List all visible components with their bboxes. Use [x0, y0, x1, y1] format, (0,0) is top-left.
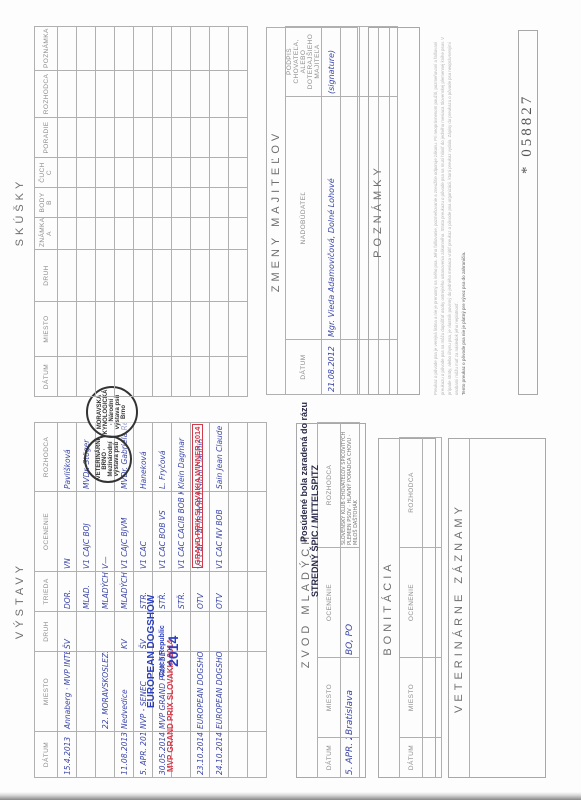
- table-cell: [96, 612, 115, 652]
- table-cell: [134, 218, 153, 250]
- table-cell: [191, 71, 210, 118]
- table-cell: [229, 158, 248, 188]
- table-cell: 23.10.2014: [191, 732, 210, 778]
- table-cell: [423, 548, 442, 658]
- table-cell: [115, 302, 134, 357]
- round-stamp-brno: VETERINÁRNÍ BRNO · Mezinárodní výstava p…: [84, 435, 132, 483]
- table-cell: V1 CAC: [134, 492, 153, 572]
- table-cell: [248, 423, 267, 492]
- column-header: BODY B: [35, 188, 58, 218]
- column-header: DÁTUM: [286, 340, 322, 395]
- table-cell: [96, 250, 115, 302]
- column-header: PORADIE: [35, 118, 58, 158]
- table-cell: [96, 27, 115, 71]
- table-cell: [191, 302, 210, 357]
- table-cell: OTV: [191, 572, 210, 612]
- table-cell: [423, 738, 442, 778]
- table-cell: [248, 732, 267, 778]
- table-cell: [229, 302, 248, 357]
- table-cell: [210, 71, 229, 118]
- table-row: [115, 27, 134, 397]
- table-cell: [77, 71, 96, 118]
- table-cell: (signature): [322, 27, 341, 97]
- poznamky-section: POZNÁMKY: [368, 27, 420, 395]
- table-cell: [172, 118, 191, 158]
- table-cell: V1 CAC CACIB BOB KLEIN: [172, 492, 191, 572]
- table-cell: [210, 118, 229, 158]
- skusky-section: SKÚŠKY DÁTUMMIESTODRUHZNÁMKA ABODY BČUCH…: [16, 27, 266, 397]
- table-cell: Bratislava: [341, 658, 360, 738]
- table-cell: [210, 188, 229, 218]
- column-header: DRUH: [35, 612, 58, 652]
- column-header: DÁTUM: [35, 357, 58, 397]
- european-dogshow-stamp: EUROPEAN DOGSHOW Czech Republic 2014: [146, 595, 179, 708]
- table-cell: [58, 218, 77, 250]
- table-cell: ŠV: [58, 612, 77, 652]
- table-cell: [58, 250, 77, 302]
- table-cell: [134, 357, 153, 397]
- table-cell: [115, 218, 134, 250]
- table-cell: [423, 438, 442, 548]
- table-cell: [191, 250, 210, 302]
- table-cell: [58, 158, 77, 188]
- table-cell: [58, 188, 77, 218]
- table-cell: [229, 218, 248, 250]
- table-cell: [115, 357, 134, 397]
- table-cell: [172, 188, 191, 218]
- serial-number-box: * 058827: [518, 30, 538, 395]
- table-cell: [77, 302, 96, 357]
- column-header: MIESTO: [400, 658, 423, 738]
- table-cell: [77, 218, 96, 250]
- legal-text: Preukaz o pôvode psa je verejná listina …: [432, 35, 467, 395]
- table-cell: [58, 118, 77, 158]
- zmeny-majitelov-title: ZMENY MAJITEĽOV: [270, 28, 282, 394]
- table-row: [229, 423, 248, 778]
- table-cell: [115, 71, 134, 118]
- table-cell: [341, 27, 360, 97]
- table-cell: [96, 158, 115, 188]
- table-cell: [341, 340, 360, 395]
- zmeny-majitelov-section: ZMENY MAJITEĽOV DÁTUMNADOBÚDATEĽPODPIS C…: [266, 27, 358, 395]
- table-row: [58, 27, 77, 397]
- column-header: ROZHODCA: [35, 71, 58, 118]
- column-header: ROZHODCA: [318, 423, 341, 548]
- table-cell: MLADÝCH: [115, 572, 134, 612]
- table-cell: [210, 27, 229, 71]
- table-cell: V1 CAC NV BOB: [210, 492, 229, 572]
- column-header: MIESTO: [35, 302, 58, 357]
- table-cell: [115, 118, 134, 158]
- table-cell: [96, 218, 115, 250]
- bonitacia-table: DÁTUMMIESTOOCENENIEROZHODCA: [399, 437, 442, 778]
- table-cell: [248, 492, 267, 572]
- table-row: [423, 438, 442, 778]
- table-cell: [96, 118, 115, 158]
- column-header: DÁTUM: [318, 738, 341, 778]
- table-row: [341, 27, 360, 395]
- table-row: 24.10.2014EUROPEAN DOGSHOW Czech Republi…: [210, 423, 229, 778]
- table-cell: BO, PO: [341, 548, 360, 658]
- table-cell: [115, 188, 134, 218]
- table-cell: [172, 302, 191, 357]
- table-cell: [134, 27, 153, 71]
- table-cell: [153, 158, 172, 188]
- table-cell: [134, 188, 153, 218]
- column-header: DÁTUM: [400, 738, 423, 778]
- skusky-table: DÁTUMMIESTODRUHZNÁMKA ABODY BČUCH CPORAD…: [34, 26, 248, 397]
- table-row: 21.08.2012Mgr. Vieda Adamovičová, Dolné …: [322, 27, 341, 395]
- table-cell: [153, 188, 172, 218]
- table-cell: [134, 250, 153, 302]
- table-cell: [210, 250, 229, 302]
- table-cell: [153, 218, 172, 250]
- veterinarne-zaznamy-title: VETERINÁRNE ZÁZNAMY: [453, 439, 465, 777]
- table-cell: SLOVENSKÝ KLUB CHOVATEĽOV ŠPICOVITÝCH PL…: [341, 423, 360, 548]
- table-cell: [134, 71, 153, 118]
- table-cell: [153, 302, 172, 357]
- table-cell: OTV: [210, 572, 229, 612]
- table-cell: Mgr. Vieda Adamovičová, Dolné Lohové: [322, 97, 341, 340]
- bonitacia-section: BONITÁCIA DÁTUMMIESTOOCENENIEROZHODCA: [378, 438, 436, 778]
- table-cell: [248, 572, 267, 612]
- table-cell: Nedvedice: [115, 652, 134, 732]
- table-cell: V1 CAJC BOJ: [77, 492, 96, 572]
- table-cell: [210, 302, 229, 357]
- table-row: 15.4.2013Annaberg · MVP INTERCANIS BRNO …: [58, 423, 77, 778]
- table-cell: [191, 188, 210, 218]
- column-header: OCENENIE: [400, 548, 423, 658]
- table-cell: [210, 612, 229, 652]
- table-cell: DOR.: [58, 572, 77, 612]
- table-cell: 24.10.2014: [210, 732, 229, 778]
- table-cell: 5. APR. 2014: [341, 738, 360, 778]
- table-cell: [210, 218, 229, 250]
- table-cell: [191, 27, 210, 71]
- table-cell: L. Fryčová: [153, 423, 172, 492]
- table-cell: MLADÝCH: [96, 572, 115, 612]
- table-cell: EUROPEAN DOGSHOW: [191, 652, 210, 732]
- zvod-stamp-line-1: Posúdené bola zaradená do rázu: [299, 402, 309, 542]
- table-cell: [58, 71, 77, 118]
- table-cell: [172, 158, 191, 188]
- table-cell: [134, 158, 153, 188]
- bonitacia-title: BONITÁCIA: [382, 439, 394, 777]
- table-cell: MLAD.: [77, 572, 96, 612]
- table-cell: [191, 118, 210, 158]
- table-cell: Haneková: [134, 423, 153, 492]
- table-cell: [58, 357, 77, 397]
- pedigree-page: VÝSTAVY DÁTUMMIESTODRUHTRIEDAOCENENIEROZ…: [0, 0, 581, 800]
- table-row: [191, 27, 210, 397]
- serial-number: * 058827: [519, 94, 536, 174]
- table-cell: [248, 612, 267, 652]
- table-cell: [229, 250, 248, 302]
- table-cell: 15.4.2013: [58, 732, 77, 778]
- table-cell: [58, 302, 77, 357]
- table-cell: Sain Jean Claude: [210, 423, 229, 492]
- table-cell: [115, 158, 134, 188]
- table-cell: [229, 732, 248, 778]
- table-cell: [248, 652, 267, 732]
- table-cell: [96, 302, 115, 357]
- table-cell: [77, 612, 96, 652]
- table-cell: [210, 357, 229, 397]
- zvod-mladych-section: ZVOD MLADÝCH DÁTUMMIESTOOCENENIEROZHODCA…: [296, 423, 366, 778]
- table-cell: [229, 357, 248, 397]
- table-cell: [191, 612, 210, 652]
- poznamky-title: POZNÁMKY: [372, 28, 384, 394]
- table-row: 5. APR. 2014BratislavaBO, POSLOVENSKÝ KL…: [341, 423, 360, 778]
- column-header: MIESTO: [35, 652, 58, 732]
- column-header: NADOBÚDATEĽ: [286, 97, 322, 340]
- table-cell: [153, 250, 172, 302]
- column-header: DÁTUM: [35, 732, 58, 778]
- veterinarne-zaznamy-body: [469, 439, 548, 777]
- column-header: OCENENIE: [318, 548, 341, 658]
- table-cell: [191, 218, 210, 250]
- table-cell: [172, 357, 191, 397]
- table-cell: [229, 188, 248, 218]
- table-cell: [77, 158, 96, 188]
- table-cell: Annaberg · MVP INTERCANIS BRNO 29.-30. Č…: [58, 652, 77, 732]
- table-cell: 22. MORAVSKOSLEZSKÁ NÁRODNÍ VÝSTAVA PSŮ …: [96, 652, 115, 732]
- table-cell: [229, 572, 248, 612]
- table-cell: [134, 302, 153, 357]
- table-cell: [115, 250, 134, 302]
- table-cell: V1 CAC BOB VS: [153, 492, 172, 572]
- table-cell: [77, 732, 96, 778]
- table-cell: [96, 357, 115, 397]
- table-cell: 21.08.2012: [322, 340, 341, 395]
- table-cell: [77, 188, 96, 218]
- veterinarne-zaznamy-section: VETERINÁRNE ZÁZNAMY: [448, 438, 546, 778]
- table-cell: [172, 218, 191, 250]
- column-header: DRUH: [35, 250, 58, 302]
- table-cell: [134, 118, 153, 158]
- table-cell: [229, 27, 248, 71]
- table-cell: [341, 97, 360, 340]
- table-cell: [153, 118, 172, 158]
- table-cell: VN: [58, 492, 77, 572]
- table-row: [96, 27, 115, 397]
- column-header: MIESTO: [318, 658, 341, 738]
- table-cell: [77, 357, 96, 397]
- poznamky-body: [389, 28, 422, 394]
- skusky-title: SKÚŠKY: [14, 27, 26, 397]
- table-row: [153, 27, 172, 397]
- table-cell: [229, 612, 248, 652]
- table-row: [229, 27, 248, 397]
- table-cell: [77, 652, 96, 732]
- grand-prix-red-stamp: GRAND PRIX SLOVAKIA WINNER 2014: [192, 424, 203, 568]
- table-cell: EUROPEAN DOGSHOW Czech Republic 2014: [210, 652, 229, 732]
- table-cell: [229, 71, 248, 118]
- table-cell: Pavlišková: [58, 423, 77, 492]
- column-header: ROZHODCA: [400, 438, 423, 548]
- vystavy-section: VÝSTAVY DÁTUMMIESTODRUHTRIEDAOCENENIEROZ…: [16, 423, 266, 778]
- table-cell: [58, 27, 77, 71]
- table-cell: Klein Dagmar: [172, 423, 191, 492]
- column-header: TRIEDA: [35, 572, 58, 612]
- table-cell: V—: [96, 492, 115, 572]
- table-cell: [115, 27, 134, 71]
- table-row: [134, 27, 153, 397]
- table-cell: 5. APR. 2014: [134, 732, 153, 778]
- scan-edge-shadow: [0, 792, 581, 800]
- table-row: [77, 27, 96, 397]
- table-cell: [77, 27, 96, 71]
- table-cell: [229, 492, 248, 572]
- table-row: [172, 27, 191, 397]
- table-cell: [423, 658, 442, 738]
- column-header: ROZHODCA: [35, 423, 58, 492]
- vystavy-title: VÝSTAVY: [14, 423, 26, 778]
- table-cell: [77, 118, 96, 158]
- zvod-mladych-table: DÁTUMMIESTOOCENENIEROZHODCA 5. APR. 2014…: [317, 422, 360, 778]
- column-header: ZNÁMKA A: [35, 218, 58, 250]
- table-cell: [172, 250, 191, 302]
- table-cell: [191, 158, 210, 188]
- table-cell: 11.08.2013: [115, 732, 134, 778]
- table-cell: KV: [115, 612, 134, 652]
- table-row: [248, 423, 267, 778]
- legal-bold-line: Tento preukaz o pôvode psa nie je platný…: [460, 35, 467, 395]
- zvod-stamp-line-2: STREDNÝ ŠPIC / MITTELSPITZ: [310, 465, 320, 597]
- table-cell: [229, 423, 248, 492]
- table-cell: [172, 27, 191, 71]
- column-header: ČUCH C: [35, 158, 58, 188]
- table-cell: [153, 27, 172, 71]
- table-cell: [96, 71, 115, 118]
- table-cell: [77, 250, 96, 302]
- table-cell: [191, 357, 210, 397]
- column-header: OCENENIE: [35, 492, 58, 572]
- table-cell: [172, 71, 191, 118]
- table-cell: [96, 732, 115, 778]
- table-cell: [153, 357, 172, 397]
- table-cell: [229, 118, 248, 158]
- column-header: PODPIS CHOVATEĽA, ALEBO DOTERAJŠIEHO MAJ…: [286, 27, 322, 97]
- table-cell: [153, 71, 172, 118]
- table-row: [210, 27, 229, 397]
- table-cell: [210, 158, 229, 188]
- column-header: POZNÁMKA: [35, 27, 58, 71]
- table-cell: [96, 188, 115, 218]
- table-cell: [229, 652, 248, 732]
- table-cell: V1 CAJC BJVM: [115, 492, 134, 572]
